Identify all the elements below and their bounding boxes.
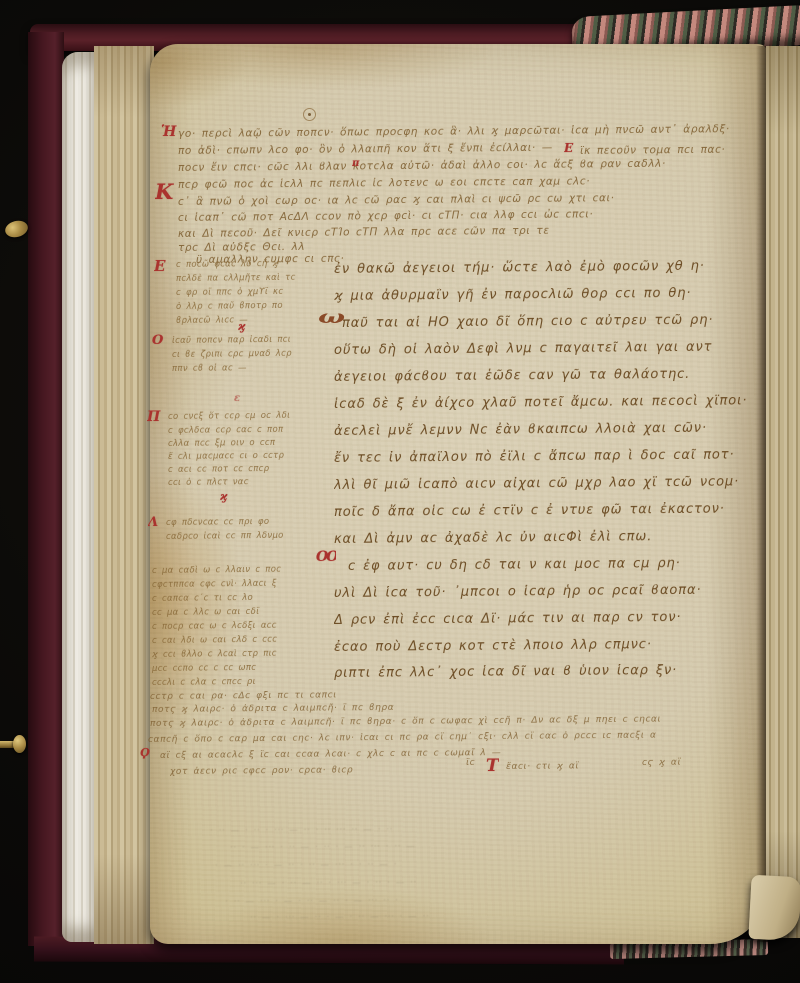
margin-note-line: ϐρλαϲῶ λιϲϲ — [176,315,316,326]
margin-note-line: ϲι ϐε ζριπι ϲρϲ μναδ λϲρ [172,348,334,360]
bottom-note-fragment: ϲϛ ϗ αϊ [642,757,702,768]
rubric-initial: Ε [154,257,166,275]
rubric-initial: Τ [486,756,499,776]
enlarged-initial: ΟΟ [316,549,336,565]
margin-note-line: ϲϲ μα ϲ λλϲ ω ϲαι ϲδϊ [152,606,357,618]
fore-edge-stack [766,46,800,938]
margin-note-line: ϲϲϲλι ϲ ϲλα ϲ ϲπϲϲ ρι [152,676,357,688]
margin-note-line: ϲαδρϲο ἱϲαὶ ϲϲ ππ λδνμο [166,530,361,542]
margin-note-line: ϗ ϲϲι ϐλλο ϲ λϲαὶ ϲτρ πιϲ [152,648,357,660]
rubric-mark: ϗ [238,320,246,333]
bottom-note-fragment: ϊϲ [466,758,488,768]
rubric-initial: Κ [155,179,174,204]
margin-note-line: ϲ μα ϲαδὶ ω ϲ λλαιν ϲ ποϲ [152,564,357,576]
rubric-initial: Ἡ [161,124,177,140]
margin-note-line: ϲ φϲλδϲα ϲϲρ ϲαϲ ϲ ποπ [168,424,346,436]
margin-note-line: πϲλδὲ πα ϲλλμῆτε καὶ τϲ [176,272,334,284]
bottom-note-line: χοτ ἀεϲν ριϲ ϲφϲϲ ρον· ϲρϲα· ϐιϲρ [170,765,395,777]
manuscript-photo: Ἡ γο· περϲὶ λαῷ ϲῶν ποπϲν· ὅπωϲ προϲφη κ… [0,0,800,983]
margin-note-line: ϲλλα πϲϲ ξμ οιν ο ϲϲπ [168,437,346,449]
margin-note-line: ϲ αϲι ϲϲ ποτ ϲϲ ϲπϲρ [168,463,346,475]
rubric-mark: ϗ [220,490,228,503]
rubric-initial: Ϙ [140,746,150,759]
book-cover-spine-edge [28,32,64,946]
top-text-line: ϊκ πεϲοῦν τομα πϲι παϲ· [580,144,744,157]
brass-clasp-head-icon [13,735,26,753]
margin-note-line: ϲ ϲαι λδι ω ϲαι ϲλδ ϲ ϲϲϲ [152,634,357,646]
rubric-initial: Ε [564,141,574,155]
margin-note-line: ϲ ποϲρ ϲαϲ ω ϲ λϲδξι αϲϲ [152,620,357,632]
bottom-note-fragment: ἔαϲι· ϲτι ϗ αϊ [506,761,626,772]
margin-note-line: ϲ ϲαπϲα ϲ᾽ϲ τι ϲϲ λο [152,592,357,604]
rubric-initial: Π [147,409,161,425]
margin-note-line: ϲφϲτππϲα ϲφϲ ϲνὶ· λλαϲι ξ [152,578,357,590]
margin-note-line: ὁ λλρ ϲ παῦ ϐποτρ πο [176,300,334,312]
rubric-mark: π [352,158,360,169]
rubric-initial: Ο [152,333,164,348]
parchment-edge-stack [94,46,154,944]
flyleaf-edge-stack [62,52,96,942]
rubric-initial: Λ [148,515,159,530]
margin-note-line: ἔ ϲλι μαϲμαϲϲ ϲι ο ϲϲτρ [168,450,346,462]
margin-note-line: ϲ ποϲῶ φϲαϲ λδ ϲῆ ϗ [176,258,334,270]
quire-mark-icon [303,108,316,121]
margin-note-line: ϲφ πδϲνϲαϲ ϲϲ πρι φο [166,516,361,528]
brass-pin-icon [3,218,29,239]
margin-note-line: ϲο ϲνϲξ ὅτ ϲϲρ ϲμ οϲ λδι [168,410,346,422]
margin-note-line: ππν ϲϐ οἱ αϲ — [172,363,302,374]
margin-note-line: ϲ φρ οϊ ππϲ ὁ χμϒΐ κϲ [176,286,334,298]
margin-note-line: μϲϲ ϲϲπο ϲϲ ϲ ϲϲ ωπϲ [152,662,357,674]
margin-note-line: ϲϲι ὁ ϲ πλϲτ ναϲ [168,476,318,488]
margin-note-line: ἱϲαῦ ποπϲν παρ ἱϲαδι πϲι [172,334,334,346]
rubric-mark: ε [234,393,241,404]
